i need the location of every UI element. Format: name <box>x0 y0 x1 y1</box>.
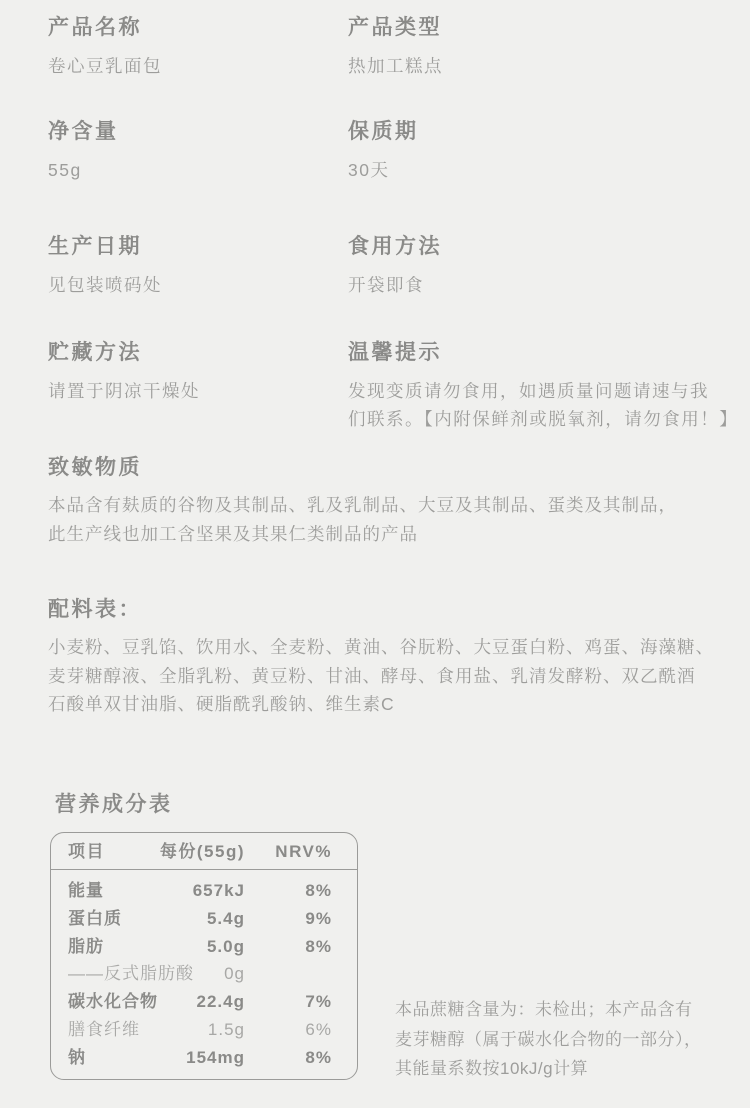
nutrition-row: 碳水化合物22.4g7% <box>68 988 332 1016</box>
field-production-date: 生产日期 见包装喷码处 <box>48 233 398 300</box>
field-net-content: 净含量 55g <box>48 118 398 185</box>
field-label: 温馨提示 <box>348 339 740 367</box>
nutrient-value: 1.5g <box>208 1016 245 1044</box>
product-info-page: 产品名称 卷心豆乳面包 产品类型 热加工糕点 净含量 55g 保质期 30天 生… <box>0 0 750 1108</box>
ingredients-section: 配料表： 小麦粉、豆乳馅、饮用水、全麦粉、黄油、谷朊粉、大豆蛋白粉、鸡蛋、海藻糖… <box>48 596 732 719</box>
nutrient-value: 657kJ <box>193 877 245 905</box>
field-value: 55g <box>48 157 398 185</box>
nutrition-row: ——反式脂肪酸0g <box>68 960 332 988</box>
ingredients-text: 小麦粉、豆乳馅、饮用水、全麦粉、黄油、谷朊粉、大豆蛋白粉、鸡蛋、海藻糖、 麦芽糖… <box>48 633 732 719</box>
field-value: 热加工糕点 <box>348 53 698 81</box>
nutrition-title: 营养成分表 <box>55 791 173 819</box>
nutrition-row: 能量657kJ8% <box>68 877 332 905</box>
nutrient-nrv <box>245 960 332 988</box>
nutrient-name: 能量 <box>68 877 104 905</box>
sucrose-note: 本品蔗糖含量为：未检出；本产品含有 麦芽糖醇（属于碳水化合物的一部分）， 其能量… <box>395 995 740 1084</box>
nutrition-row: 蛋白质5.4g9% <box>68 905 332 933</box>
nutrient-name: 蛋白质 <box>68 905 122 933</box>
field-value: 发现变质请勿食用，如遇质量问题请速与我 们联系。【内附保鲜剂或脱氧剂，请勿食用！… <box>348 378 740 433</box>
nutrient-nrv: 6% <box>245 1016 332 1044</box>
nutrient-name: 膳食纤维 <box>68 1016 140 1044</box>
header-per-serving: 每份(55g) <box>160 837 245 866</box>
field-label: 食用方法 <box>348 233 698 261</box>
field-warm-tips: 温馨提示 发现变质请勿食用，如遇质量问题请速与我 们联系。【内附保鲜剂或脱氧剂，… <box>348 339 740 433</box>
allergen-text: 本品含有麸质的谷物及其制品、乳及乳制品、大豆及其制品、蛋类及其制品， 此生产线也… <box>48 491 732 548</box>
field-value: 见包装喷码处 <box>48 272 398 300</box>
field-usage-method: 食用方法 开袋即食 <box>348 233 698 300</box>
field-label: 贮藏方法 <box>48 339 398 367</box>
field-label: 产品类型 <box>348 14 698 42</box>
nutrient-nrv: 8% <box>245 1044 332 1072</box>
nutrition-table-body: 能量657kJ8%蛋白质5.4g9%脂肪5.0g8%——反式脂肪酸0g碳水化合物… <box>51 870 357 1072</box>
nutrient-value: 0g <box>224 960 245 988</box>
nutrition-row: 钠154mg8% <box>68 1044 332 1072</box>
nutrient-name: 钠 <box>68 1044 86 1072</box>
nutrition-table: 项目 每份(55g) NRV% 能量657kJ8%蛋白质5.4g9%脂肪5.0g… <box>50 832 358 1080</box>
nutrient-value: 5.0g <box>207 933 245 961</box>
nutrient-nrv: 9% <box>245 905 332 933</box>
nutrient-nrv: 8% <box>245 877 332 905</box>
nutrient-value: 154mg <box>186 1044 245 1072</box>
allergen-section: 致敏物质 本品含有麸质的谷物及其制品、乳及乳制品、大豆及其制品、蛋类及其制品， … <box>48 454 732 548</box>
nutrient-value: 22.4g <box>197 988 245 1016</box>
nutrient-value: 5.4g <box>207 905 245 933</box>
nutrition-row: 脂肪5.0g8% <box>68 933 332 961</box>
field-label: 生产日期 <box>48 233 398 261</box>
field-label: 产品名称 <box>48 14 398 42</box>
nutrition-row: 膳食纤维1.5g6% <box>68 1016 332 1044</box>
field-value: 请置于阴凉干燥处 <box>48 378 398 406</box>
nutrient-name: 脂肪 <box>68 933 104 961</box>
field-product-type: 产品类型 热加工糕点 <box>348 14 698 81</box>
header-item: 项目 <box>68 837 105 866</box>
field-value: 30天 <box>348 157 698 185</box>
field-label: 净含量 <box>48 118 398 146</box>
nutrition-table-header: 项目 每份(55g) NRV% <box>51 833 357 870</box>
field-value: 开袋即食 <box>348 272 698 300</box>
nutrient-nrv: 8% <box>245 933 332 961</box>
header-nrv: NRV% <box>245 837 332 866</box>
field-storage-method: 贮藏方法 请置于阴凉干燥处 <box>48 339 398 406</box>
nutrient-name: 碳水化合物 <box>68 988 158 1016</box>
allergen-title: 致敏物质 <box>48 454 732 482</box>
nutrient-nrv: 7% <box>245 988 332 1016</box>
field-shelf-life: 保质期 30天 <box>348 118 698 185</box>
field-product-name: 产品名称 卷心豆乳面包 <box>48 14 398 81</box>
nutrient-name: ——反式脂肪酸 <box>68 960 194 988</box>
ingredients-title: 配料表： <box>48 596 732 624</box>
field-value: 卷心豆乳面包 <box>48 53 398 81</box>
field-label: 保质期 <box>348 118 698 146</box>
